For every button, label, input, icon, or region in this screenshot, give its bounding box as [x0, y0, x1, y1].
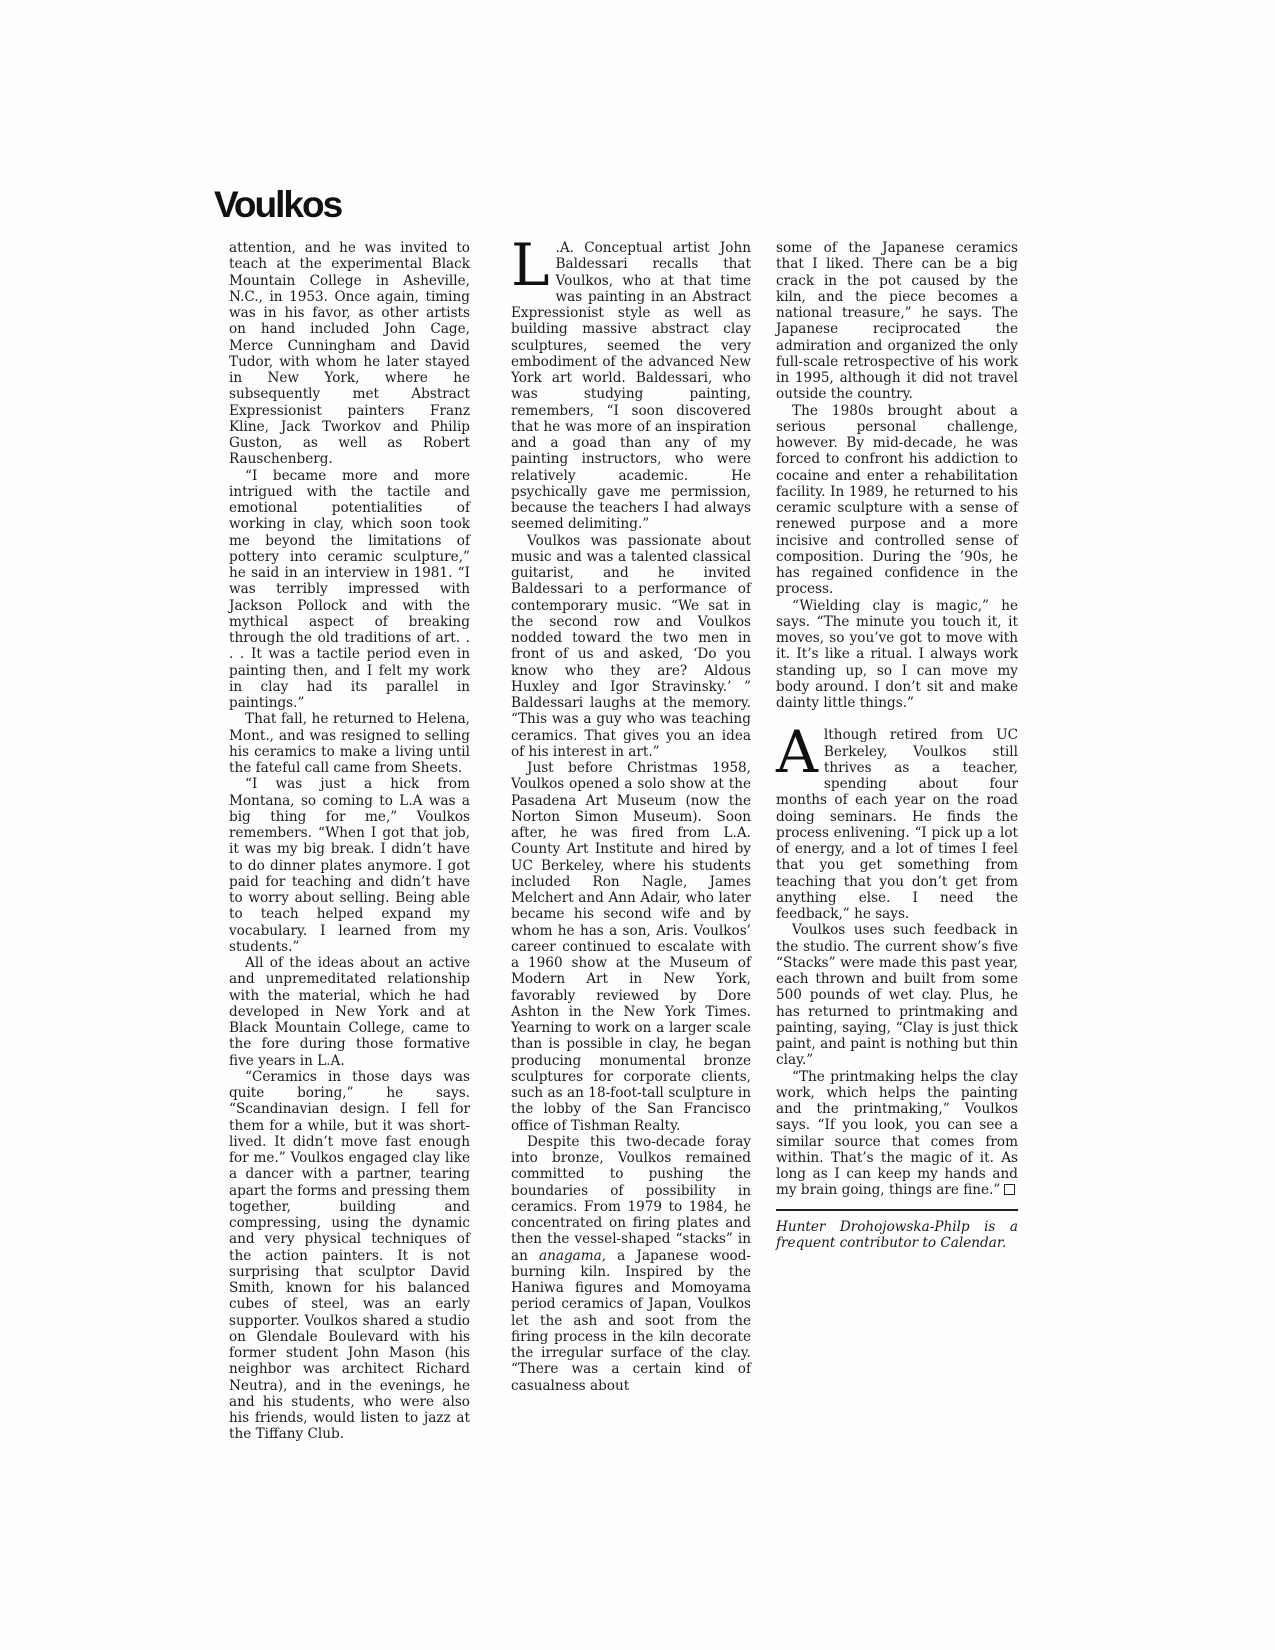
article-column-3: some of the Japanese ceramics that I lik… — [776, 240, 1018, 1251]
paragraph-text: Despite this two-decade foray into bronz… — [511, 1134, 751, 1264]
drop-cap: L — [511, 242, 550, 290]
paragraph: That fall, he returned to Helena, Mont.,… — [229, 711, 470, 776]
paragraph: Voulkos was passionate about music and w… — [511, 533, 751, 761]
article-column-1: attention, and he was invited to teach a… — [229, 240, 470, 1443]
newspaper-page: Voulkos attention, and he was invited to… — [0, 0, 1275, 1650]
paragraph: “The printmaking helps the clay work, wh… — [776, 1069, 1018, 1199]
byline: Hunter Drohojowska-Philp is a frequent c… — [776, 1219, 1018, 1252]
italic-term: anagama — [539, 1248, 602, 1264]
paragraph: “Wielding clay is magic,” he says. “The … — [776, 598, 1018, 712]
drop-cap: A — [776, 729, 818, 777]
paragraph-text: “The printmaking helps the clay work, wh… — [776, 1069, 1018, 1199]
paragraph: Just before Christmas 1958, Voulkos open… — [511, 760, 751, 1134]
article-column-2: L.A. Conceptual artist John Baldessari r… — [511, 240, 751, 1394]
paragraph: All of the ideas about an active and unp… — [229, 955, 470, 1069]
paragraph: “I was just a hick from Montana, so comi… — [229, 776, 470, 955]
byline-divider — [776, 1209, 1018, 1211]
dropcap-paragraph: Although retired from UC Berkeley, Voulk… — [776, 727, 1018, 922]
end-mark-icon — [1004, 1184, 1015, 1195]
paragraph-text: , a Japanese wood-burning kiln. Inspired… — [511, 1248, 751, 1394]
paragraph: some of the Japanese ceramics that I lik… — [776, 240, 1018, 403]
paragraph: Voulkos uses such feedback in the studio… — [776, 922, 1018, 1068]
paragraph: Despite this two-decade foray into bronz… — [511, 1134, 751, 1394]
paragraph: “I became more and more intrigued with t… — [229, 468, 470, 712]
paragraph: The 1980s brought about a serious person… — [776, 403, 1018, 598]
paragraph: “Ceramics in those days was quite boring… — [229, 1069, 470, 1443]
paragraph: attention, and he was invited to teach a… — [229, 240, 470, 468]
headline: Voulkos — [214, 186, 341, 223]
lead-paragraph: L.A. Conceptual artist John Baldessari r… — [511, 240, 751, 533]
